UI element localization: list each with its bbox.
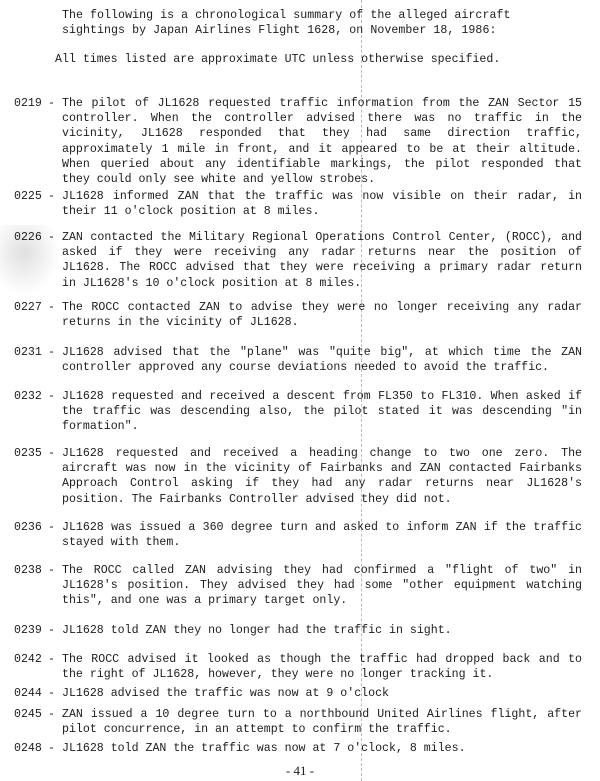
entry-time: 0239 xyxy=(14,623,42,638)
intro-paragraph: The following is a chronological summary… xyxy=(62,8,562,38)
entry-text: The pilot of JL1628 requested traffic in… xyxy=(62,96,582,187)
entry-text: The ROCC contacted ZAN to advise they we… xyxy=(62,300,582,330)
page-number: - 41 - xyxy=(0,763,600,779)
document-page: The following is a chronological summary… xyxy=(0,0,600,781)
entry-text: JL1628 advised that the "plane" was "qui… xyxy=(62,345,582,375)
entry-text: JL1628 informed ZAN that the traffic was… xyxy=(62,189,582,219)
entry-text: JL1628 told ZAN the traffic was now at 7… xyxy=(62,741,582,756)
entry-time: 0226 xyxy=(14,230,42,245)
entry-dash: - xyxy=(48,230,55,245)
entry-time: 0242 xyxy=(14,652,42,667)
time-note: All times listed are approximate UTC unl… xyxy=(55,52,500,67)
entry-time: 0219 xyxy=(14,96,42,111)
entry-text: JL1628 requested and received a heading … xyxy=(62,446,582,507)
entry-dash: - xyxy=(48,520,55,535)
entry-dash: - xyxy=(48,707,55,722)
entry-text: JL1628 was issued a 360 degree turn and … xyxy=(62,520,582,550)
entry-time: 0236 xyxy=(14,520,42,535)
entry-text: ZAN contacted the Military Regional Oper… xyxy=(62,230,582,291)
entry-time: 0227 xyxy=(14,300,42,315)
entry-text: ZAN issued a 10 degree turn to a northbo… xyxy=(62,707,582,737)
entry-time: 0244 xyxy=(14,686,42,701)
entry-time: 0238 xyxy=(14,563,42,578)
entry-time: 0232 xyxy=(14,389,42,404)
entry-dash: - xyxy=(48,345,55,360)
entry-dash: - xyxy=(48,389,55,404)
entry-text: JL1628 told ZAN they no longer had the t… xyxy=(62,623,582,638)
entry-dash: - xyxy=(48,623,55,638)
entry-dash: - xyxy=(48,300,55,315)
entry-text: The ROCC called ZAN advising they had co… xyxy=(62,563,582,609)
entry-text: JL1628 requested and received a descent … xyxy=(62,389,582,435)
entry-time: 0231 xyxy=(14,345,42,360)
entry-dash: - xyxy=(48,563,55,578)
entry-dash: - xyxy=(48,189,55,204)
entry-dash: - xyxy=(48,686,55,701)
entry-time: 0248 xyxy=(14,741,42,756)
entry-time: 0245 xyxy=(14,707,42,722)
entry-text: The ROCC advised it looked as though the… xyxy=(62,652,582,682)
entry-dash: - xyxy=(48,446,55,461)
entry-time: 0225 xyxy=(14,189,42,204)
entry-dash: - xyxy=(48,741,55,756)
entry-dash: - xyxy=(48,96,55,111)
entry-dash: - xyxy=(48,652,55,667)
entry-text: JL1628 advised the traffic was now at 9 … xyxy=(62,686,582,701)
entry-time: 0235 xyxy=(14,446,42,461)
